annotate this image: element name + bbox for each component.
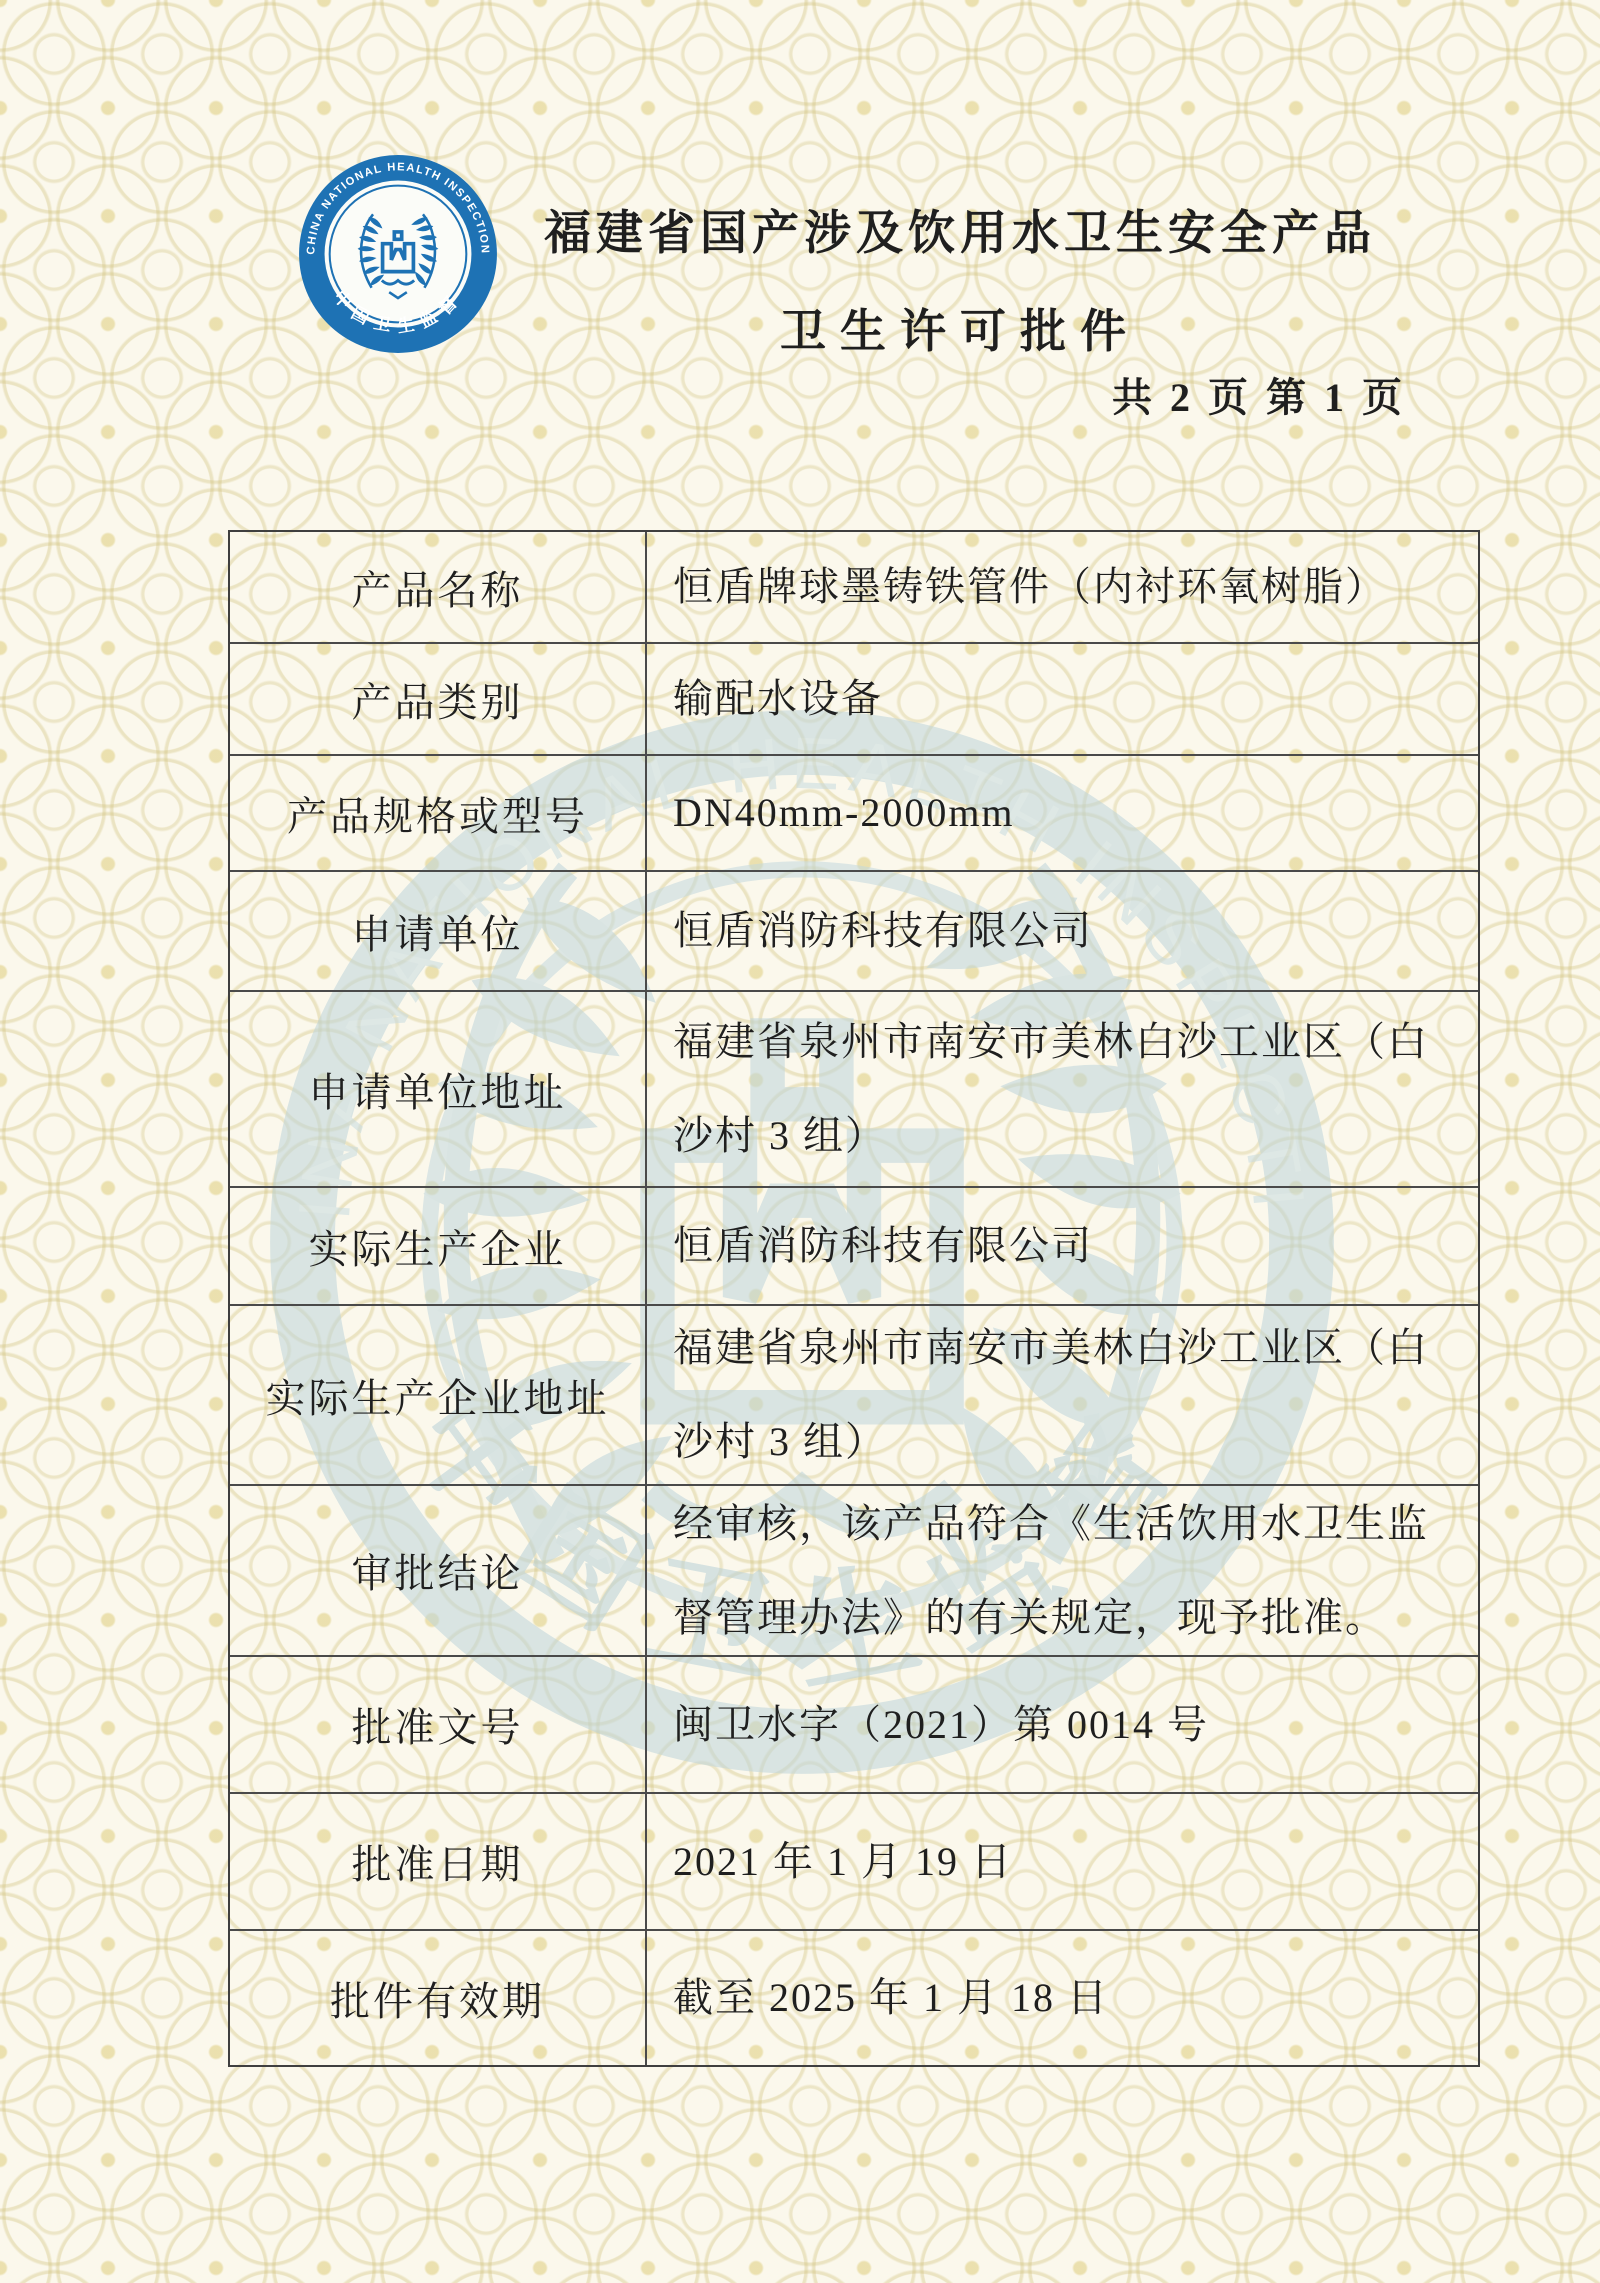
row-value: 截至 2025 年 1 月 18 日 — [647, 1931, 1478, 2065]
row-label: 产品类别 — [230, 644, 647, 754]
row-label: 产品名称 — [230, 532, 647, 642]
row-label: 实际生产企业 — [230, 1188, 647, 1304]
row-value: 恒盾消防科技有限公司 — [647, 872, 1478, 990]
certificate-table: 产品名称 恒盾牌球墨铸铁管件（内衬环氧树脂） 产品类别 输配水设备 产品规格或型… — [228, 530, 1480, 2067]
title-line-2: 卫生许可批件 — [420, 295, 1500, 361]
title-line-1: 福建省国产涉及饮用水卫生安全产品 — [420, 196, 1500, 263]
row-value: 福建省泉州市南安市美林白沙工业区（白沙村 3 组） — [647, 992, 1478, 1186]
row-label: 实际生产企业地址 — [230, 1306, 647, 1484]
row-value: 输配水设备 — [647, 644, 1478, 754]
row-value: DN40mm-2000mm — [647, 756, 1478, 870]
row-value: 恒盾牌球墨铸铁管件（内衬环氧树脂） — [647, 532, 1478, 642]
table-row-manufacturer-address: 实际生产企业地址 福建省泉州市南安市美林白沙工业区（白沙村 3 组） — [230, 1304, 1478, 1484]
row-value: 闽卫水字（2021）第 0014 号 — [647, 1657, 1478, 1792]
table-row-applicant: 申请单位 恒盾消防科技有限公司 — [230, 870, 1478, 990]
page-indicator: 共 2 页 第 1 页 — [1112, 366, 1412, 423]
document-title: 福建省国产涉及饮用水卫生安全产品 卫生许可批件 — [420, 196, 1500, 361]
row-value: 2021 年 1 月 19 日 — [647, 1794, 1478, 1929]
table-row-approval-number: 批准文号 闽卫水字（2021）第 0014 号 — [230, 1655, 1478, 1792]
row-label: 批件有效期 — [230, 1931, 647, 2065]
table-row-product-name: 产品名称 恒盾牌球墨铸铁管件（内衬环氧树脂） — [230, 532, 1478, 642]
row-value: 福建省泉州市南安市美林白沙工业区（白沙村 3 组） — [647, 1306, 1478, 1484]
row-value: 经审核，该产品符合《生活饮用水卫生监督管理办法》的有关规定，现予批准。 — [647, 1486, 1478, 1655]
row-label: 申请单位 — [230, 872, 647, 990]
row-label: 申请单位地址 — [230, 992, 647, 1186]
row-label: 产品规格或型号 — [230, 756, 647, 870]
table-row-product-category: 产品类别 输配水设备 — [230, 642, 1478, 754]
table-row-applicant-address: 申请单位地址 福建省泉州市南安市美林白沙工业区（白沙村 3 组） — [230, 990, 1478, 1186]
table-row-manufacturer: 实际生产企业 恒盾消防科技有限公司 — [230, 1186, 1478, 1304]
table-row-approval-date: 批准日期 2021 年 1 月 19 日 — [230, 1792, 1478, 1929]
row-label: 批准文号 — [230, 1657, 647, 1792]
table-row-product-spec: 产品规格或型号 DN40mm-2000mm — [230, 754, 1478, 870]
table-row-approval-conclusion: 审批结论 经审核，该产品符合《生活饮用水卫生监督管理办法》的有关规定，现予批准。 — [230, 1484, 1478, 1655]
certificate-page: CHINA NATIONAL HEALTH INSPECTION 中国卫生监督 … — [0, 0, 1600, 2283]
row-label: 批准日期 — [230, 1794, 647, 1929]
table-row-validity-period: 批件有效期 截至 2025 年 1 月 18 日 — [230, 1929, 1478, 2065]
row-value: 恒盾消防科技有限公司 — [647, 1188, 1478, 1304]
row-label: 审批结论 — [230, 1486, 647, 1655]
